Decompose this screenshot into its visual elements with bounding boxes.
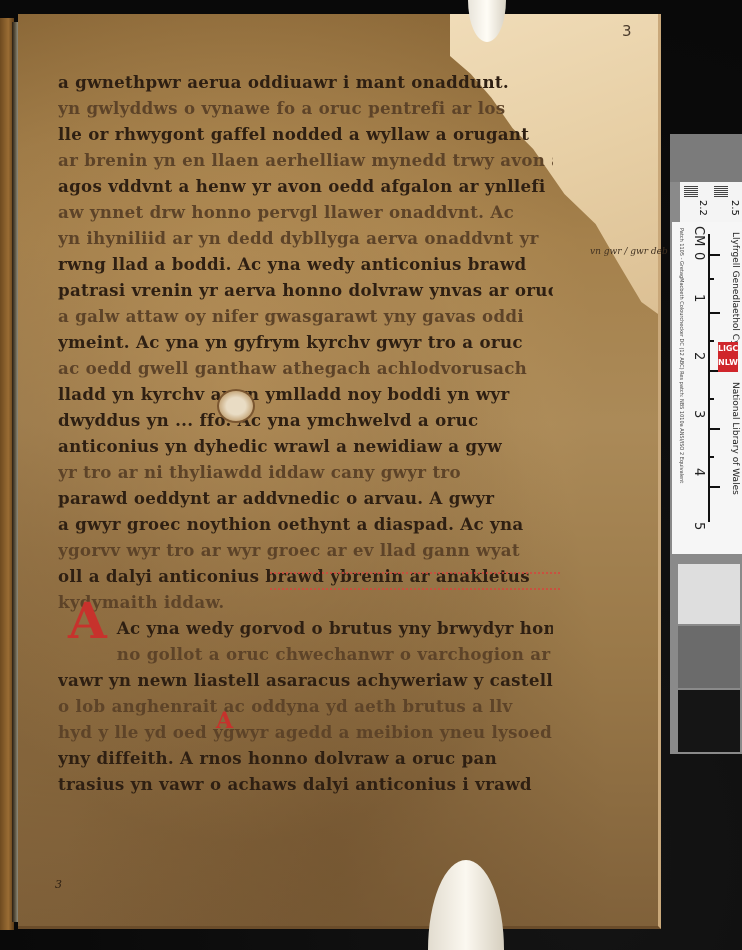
logo-text-english: NLW xyxy=(718,356,738,370)
text-line: hyd y lle yd oed ygwyr agedd a meibion y… xyxy=(58,720,553,746)
text-line: ymeint. Ac yna yn gyfrym kyrchv gwyr tro… xyxy=(58,330,553,356)
text-line: ar brenin yn en llaen aerhelliaw mynedd … xyxy=(58,148,553,174)
resolution-bars xyxy=(684,186,698,198)
text-line: agos vddvnt a henw yr avon oedd afgalon … xyxy=(58,174,553,200)
text-line: a gwnethpwr aerua oddiuawr i mant onaddu… xyxy=(58,70,553,96)
folio-number-bottom: 3 xyxy=(55,878,62,891)
logo-text-welsh: LlGC xyxy=(718,342,738,356)
resolution-bars xyxy=(714,186,728,198)
text-line: anticonius yn dyhedic wrawl a newidiaw a… xyxy=(58,434,553,460)
decorated-initial: A xyxy=(68,596,107,646)
rubricated-line-filler xyxy=(270,572,560,590)
scale-unit: CM xyxy=(691,226,706,246)
ruler-tick xyxy=(708,312,720,314)
resolution-label: 2.5 xyxy=(729,200,740,216)
scale-mark: 4 xyxy=(691,468,706,476)
scale-mark: 1 xyxy=(691,294,706,302)
folio-number: 3 xyxy=(622,22,632,40)
ruler-tick xyxy=(708,428,720,430)
ruler-tick xyxy=(708,398,714,400)
resolution-patch: 2.2 2.5 xyxy=(680,182,742,222)
text-line: aw ynnet drw honno pervgl llawer onaddvn… xyxy=(58,200,553,226)
swatch-mid-grey xyxy=(678,626,740,688)
ruler-tick xyxy=(708,340,714,342)
text-line: patrasi vrenin yr aerva honno dolvraw yn… xyxy=(58,278,553,304)
text-line: yr tro ar ni thyliawdd iddaw cany gwyr t… xyxy=(58,460,553,486)
text-line: o lob anghenrait ac oddyna yd aeth brutu… xyxy=(58,694,553,720)
parchment-hole xyxy=(217,389,255,423)
text-line: parawd oeddynt ar addvnedic o arvau. A g… xyxy=(58,486,553,512)
text-line: a galw attaw oy nifer gwasgarawt yny gav… xyxy=(58,304,553,330)
text-line: vawr yn newn liastell asaracus achyweria… xyxy=(58,668,553,694)
text-line: rwng llad a boddi. Ac yna wedy anticoniu… xyxy=(58,252,553,278)
nlw-logo: LlGC NLW xyxy=(718,342,738,372)
text-line: lle or rhwygont gaffel nodded a wyllaw a… xyxy=(58,122,553,148)
colour-target: 2.2 2.5 Llyfrgell Genedlaethol Cymru Nat… xyxy=(670,134,742,754)
manuscript-text: a gwnethpwr aerua oddiuawr i mant onaddu… xyxy=(58,70,563,798)
institution-name-english: National Library of Wales xyxy=(730,382,740,495)
text-line: dwyddus yn ... ffo. Ac yna ymchwelvd a o… xyxy=(58,408,553,434)
text-line: yn ihyniliid ar yn dedd dybllyga aerva o… xyxy=(58,226,553,252)
text-line: yny diffeith. A rnos honno dolvraw a oru… xyxy=(58,746,553,772)
scale-mark: 0 xyxy=(691,252,706,260)
ruler-tick xyxy=(708,278,714,280)
scale-mark: 2 xyxy=(691,352,706,360)
target-fine-print: Patch 1105 - GretagMacbeth Colourchecker… xyxy=(678,228,684,483)
ruler-tick xyxy=(708,486,720,488)
text-line: ac oedd gwell ganthaw athegach achlodvor… xyxy=(58,356,553,382)
ruler-tick xyxy=(708,254,720,256)
text-line: a gwyr groec noythion oethynt a diaspad.… xyxy=(58,512,553,538)
text-line: lladd yn kyrchv ar yn ymlladd noy boddi … xyxy=(58,382,553,408)
text-line: ygorvv wyr tro ar wyr groec ar ev llad g… xyxy=(58,538,553,564)
rubricated-initial: A xyxy=(216,708,233,734)
text-line: yn gwlyddws o vynawe fo a oruc pentrefi … xyxy=(58,96,553,122)
text-line: kydymaith iddaw. xyxy=(58,590,553,616)
swatch-white xyxy=(678,564,740,624)
swatch-black xyxy=(678,690,740,752)
text-line: Ac yna wedy gorvod o brutus yny brwydyr … xyxy=(58,616,553,642)
grey-patch xyxy=(670,134,742,182)
resolution-label: 2.2 xyxy=(697,200,708,216)
scale-mark: 3 xyxy=(691,410,706,418)
text-line: no gollot a oruc chwechanwr o varchogion… xyxy=(58,642,553,668)
ruler-tick xyxy=(708,456,714,458)
scale-mark: 5 xyxy=(691,522,706,530)
scale-card: Llyfrgell Genedlaethol Cymru National Li… xyxy=(672,222,742,554)
text-line: trasius yn vawr o achaws dalyi anticoniu… xyxy=(58,772,553,798)
